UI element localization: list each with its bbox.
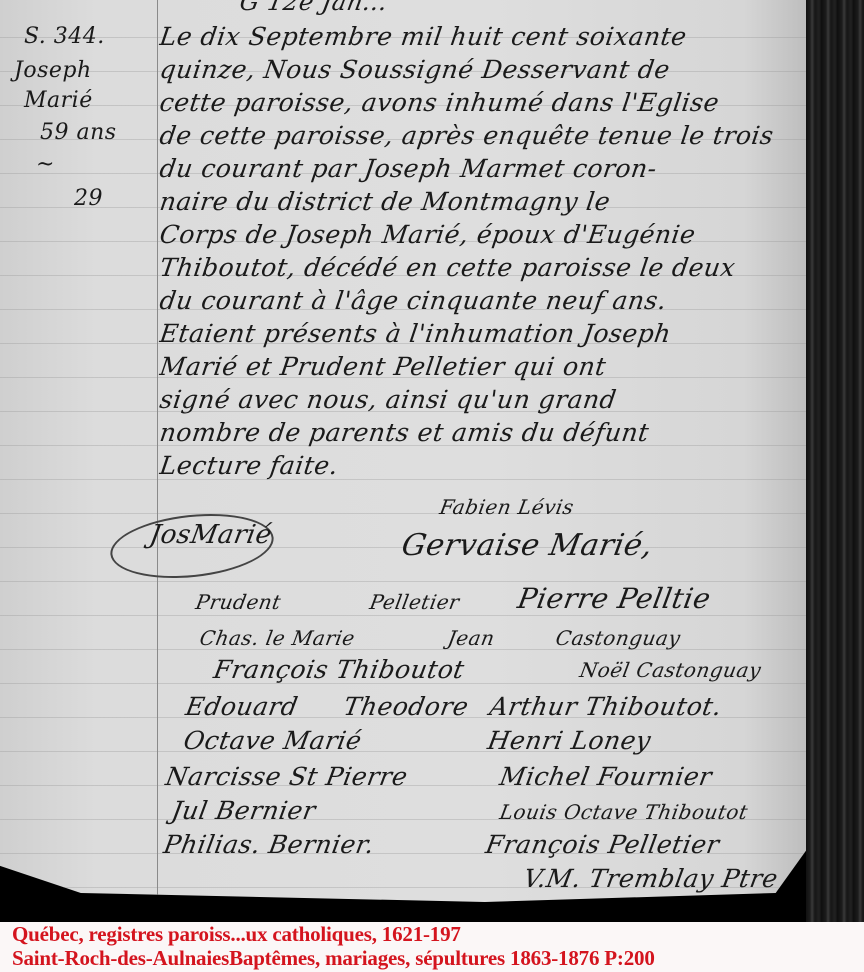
- signature: Jul Bernier: [169, 796, 318, 825]
- record-line: du courant par Joseph Marmet coron-: [158, 154, 802, 183]
- caption-collection-title: Québec, registres paroiss...ux catholiqu…: [12, 922, 461, 947]
- record-line: quinze, Nous Soussigné Desservant de: [158, 55, 802, 84]
- record-line: du courant à l'âge cinquante neuf ans.: [158, 286, 802, 315]
- signature: Fabien Lévis: [438, 495, 576, 519]
- margin-rule: [157, 0, 158, 900]
- margin-name-first: Joseph: [14, 58, 92, 83]
- caption-register-title: Saint-Roch-des-AulnaiesBaptêmes, mariage…: [12, 946, 655, 971]
- signature: Gervaise Marié,: [399, 528, 656, 563]
- signature: Noël Castonguay: [578, 658, 763, 682]
- signature: Philias. Bernier.: [161, 830, 376, 859]
- register-scan: G 12e Jan... S. 344. Joseph Marié 59 ans…: [0, 0, 864, 922]
- record-line: Thiboutot, décédé en cette paroisse le d…: [158, 253, 802, 282]
- signature: Pelletier: [368, 590, 462, 614]
- signature: Michel Fournier: [497, 762, 714, 791]
- record-line: Le dix Septembre mil huit cent soixante: [158, 22, 802, 51]
- signature: Octave Marié: [181, 726, 364, 755]
- margin-name-last: Marié: [24, 88, 93, 113]
- record-line: de cette paroisse, après enquête tenue l…: [158, 121, 802, 150]
- top-fragment: G 12e Jan...: [238, 0, 390, 16]
- record-line: signé avec nous, ainsi qu'un grand: [158, 385, 802, 414]
- register-page: G 12e Jan... S. 344. Joseph Marié 59 ans…: [0, 0, 808, 902]
- record-line: Marié et Prudent Pelletier qui ont: [158, 352, 802, 381]
- margin-record-number: S. 344.: [24, 24, 105, 49]
- signature: Henri Loney: [485, 726, 653, 755]
- book-binding: [806, 0, 864, 922]
- record-line: Corps de Joseph Marié, époux d'Eugénie: [158, 220, 802, 249]
- signature: Theodore: [341, 692, 471, 721]
- margin-age: 59 ans: [40, 120, 117, 145]
- record-line: Etaient présents à l'inhumation Joseph: [158, 319, 802, 348]
- record-line: nombre de parents et amis du défunt: [158, 418, 802, 447]
- margin-mark: ~: [36, 152, 55, 177]
- signature: JosMarié: [147, 520, 274, 550]
- signature: Louis Octave Thiboutot: [498, 800, 750, 824]
- signature: Jean: [446, 626, 497, 650]
- signature: Castonguay: [554, 626, 683, 650]
- margin-folio: 29: [74, 186, 103, 211]
- signature: Pierre Pelltie: [515, 582, 713, 615]
- signature: V.M. Tremblay Ptre: [521, 864, 780, 893]
- signature: Chas. le Marie: [198, 626, 357, 650]
- signature: François Thiboutot: [211, 655, 466, 684]
- signature: Arthur Thiboutot.: [487, 692, 724, 721]
- signature: Prudent: [194, 590, 283, 614]
- record-line: cette paroisse, avons inhumé dans l'Egli…: [158, 88, 802, 117]
- record-line: Lecture faite.: [158, 451, 802, 480]
- signature: Edouard: [183, 692, 300, 721]
- record-line: naire du district de Montmagny le: [158, 187, 802, 216]
- signature: Narcisse St Pierre: [163, 762, 410, 791]
- signature: François Pelletier: [483, 830, 721, 859]
